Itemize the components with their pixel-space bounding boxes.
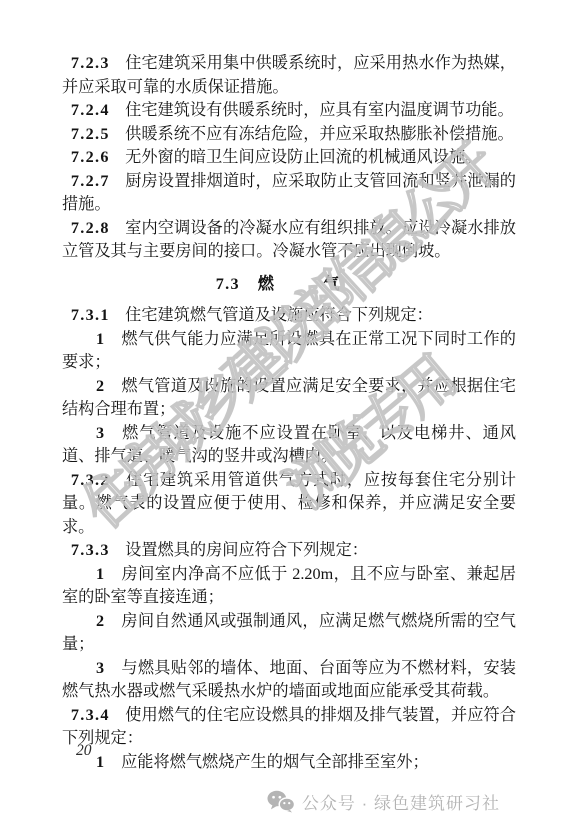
subclause-number: 2	[96, 612, 104, 630]
footer-label: 公众号 · 绿色建筑研习社	[302, 789, 500, 814]
clause-7.2.4: 7.2.4住宅建筑设有供暖系统时，应具有室内温度调节功能。	[62, 99, 516, 123]
clause-text: 设置燃具的房间应符合下列规定：	[125, 541, 368, 559]
subclause-text: 房间自然通风或强制通风，应满足燃气燃烧所需的空气量；	[62, 612, 516, 654]
clause-number: 7.3.3	[71, 541, 110, 559]
clause-number: 7.3.1	[71, 306, 110, 324]
subclause-7.3.4-1: 1应能将燃气燃烧产生的烟气全部排至室外；	[62, 751, 516, 775]
clause-text: 厨房设置排烟道时，应采取防止支管回流和竖井泄漏的措施。	[62, 172, 516, 214]
subclause-text: 燃气供气能力应满足所设燃具在正常工况下同时工作的要求；	[62, 330, 516, 372]
subclause-number: 1	[96, 753, 104, 771]
clause-text: 供暖系统不应有冻结危险，并应采取热膨胀补偿措施。	[125, 125, 514, 143]
clause-text: 住宅建筑燃气管道及设施应符合下列规定：	[125, 306, 433, 324]
clause-text: 无外窗的暗卫生间应设防止回流的机械通风设施。	[125, 148, 481, 166]
clause-7.2.5: 7.2.5供暖系统不应有冻结危险，并应采取热膨胀补偿措施。	[62, 123, 516, 147]
clause-text: 住宅建筑采用管道供气方式时，应按每套住宅分别计量。燃气表的设置应便于使用、检修和…	[62, 471, 516, 536]
section-title: 燃 气	[258, 275, 362, 293]
subclause-text: 燃气管道及设施的设置应满足安全要求，并应根据住宅结构合理布置；	[62, 377, 516, 419]
clause-7.2.3: 7.2.3住宅建筑采用集中供暖系统时，应采用热水作为热媒，并应采取可靠的水质保证…	[62, 52, 516, 99]
clause-7.2.6: 7.2.6无外窗的暗卫生间应设防止回流的机械通风设施。	[62, 146, 516, 170]
clause-number: 7.2.4	[71, 101, 110, 119]
footer-credit: 公众号 · 绿色建筑研习社	[267, 789, 500, 814]
subclause-number: 1	[96, 330, 104, 348]
subclause-7.3.3-2: 2房间自然通风或强制通风，应满足燃气燃烧所需的空气量；	[62, 610, 516, 657]
clause-number: 7.2.3	[71, 54, 110, 72]
subclause-number: 3	[96, 659, 104, 677]
clause-number: 7.2.6	[71, 148, 110, 166]
clause-7.3.2: 7.3.2住宅建筑采用管道供气方式时，应按每套住宅分别计量。燃气表的设置应便于使…	[62, 469, 516, 540]
clause-7.3.3: 7.3.3设置燃具的房间应符合下列规定：	[62, 539, 516, 563]
clause-number: 7.3.4	[71, 706, 110, 724]
clause-7.3.4: 7.3.4使用燃气的住宅应设燃具的排烟及排气装置，并应符合下列规定：	[62, 704, 516, 751]
document-page: 住房城乡建设部信息公开 浏览专用 7.2.3住宅建筑采用集中供暖系统时，应采用热…	[0, 0, 576, 834]
clause-7.2.7: 7.2.7厨房设置排烟道时，应采取防止支管回流和竖井泄漏的措施。	[62, 170, 516, 217]
clause-7.3.1: 7.3.1住宅建筑燃气管道及设施应符合下列规定：	[62, 304, 516, 328]
section-heading-7.3: 7.3燃 气	[62, 273, 516, 297]
subclause-text: 应能将燃气燃烧产生的烟气全部排至室外；	[121, 753, 429, 771]
wechat-icon	[267, 790, 295, 813]
subclause-7.3.3-3: 3与燃具贴邻的墙体、地面、台面等应为不燃材料，安装燃气热水器或燃气采暖热水炉的墙…	[62, 657, 516, 704]
clause-number: 7.2.8	[71, 219, 110, 237]
section-number: 7.3	[216, 275, 240, 293]
subclause-7.3.1-1: 1燃气供气能力应满足所设燃具在正常工况下同时工作的要求；	[62, 328, 516, 375]
subclause-number: 3	[96, 424, 104, 442]
subclause-text: 房间室内净高不应低于 2.20m，且不应与卧室、兼起居室的卧室等直接连通；	[62, 565, 516, 607]
clause-number: 7.2.5	[71, 125, 110, 143]
subclause-7.3.1-2: 2燃气管道及设施的设置应满足安全要求，并应根据住宅结构合理布置；	[62, 375, 516, 422]
subclause-text: 与燃具贴邻的墙体、地面、台面等应为不燃材料，安装燃气热水器或燃气采暖热水炉的墙面…	[62, 659, 516, 701]
clause-text: 室内空调设备的冷凝水应有组织排放。应设冷凝水排放立管及其与主要房间的接口。冷凝水…	[62, 219, 516, 261]
clause-7.2.8: 7.2.8室内空调设备的冷凝水应有组织排放。应设冷凝水排放立管及其与主要房间的接…	[62, 217, 516, 264]
subclause-7.3.1-3: 3燃气管道及设施不应设置在卧室、以及电梯井、通风道、排气道、暖气沟的竖井或沟槽内…	[62, 422, 516, 469]
subclause-number: 2	[96, 377, 104, 395]
clause-number: 7.3.2	[71, 471, 110, 489]
subclause-text: 燃气管道及设施不应设置在卧室、以及电梯井、通风道、排气道、暖气沟的竖井或沟槽内。	[62, 424, 516, 466]
clause-number: 7.2.7	[71, 172, 110, 190]
page-number: 20	[76, 742, 92, 760]
clause-text: 住宅建筑采用集中供暖系统时，应采用热水作为热媒，并应采取可靠的水质保证措施。	[62, 54, 516, 96]
clause-text: 使用燃气的住宅应设燃具的排烟及排气装置，并应符合下列规定：	[62, 706, 516, 748]
text-body: 7.2.3住宅建筑采用集中供暖系统时，应采用热水作为热媒，并应采取可靠的水质保证…	[62, 52, 516, 774]
subclause-number: 1	[96, 565, 104, 583]
clause-text: 住宅建筑设有供暖系统时，应具有室内温度调节功能。	[125, 101, 514, 119]
subclause-7.3.3-1: 1房间室内净高不应低于 2.20m，且不应与卧室、兼起居室的卧室等直接连通；	[62, 563, 516, 610]
